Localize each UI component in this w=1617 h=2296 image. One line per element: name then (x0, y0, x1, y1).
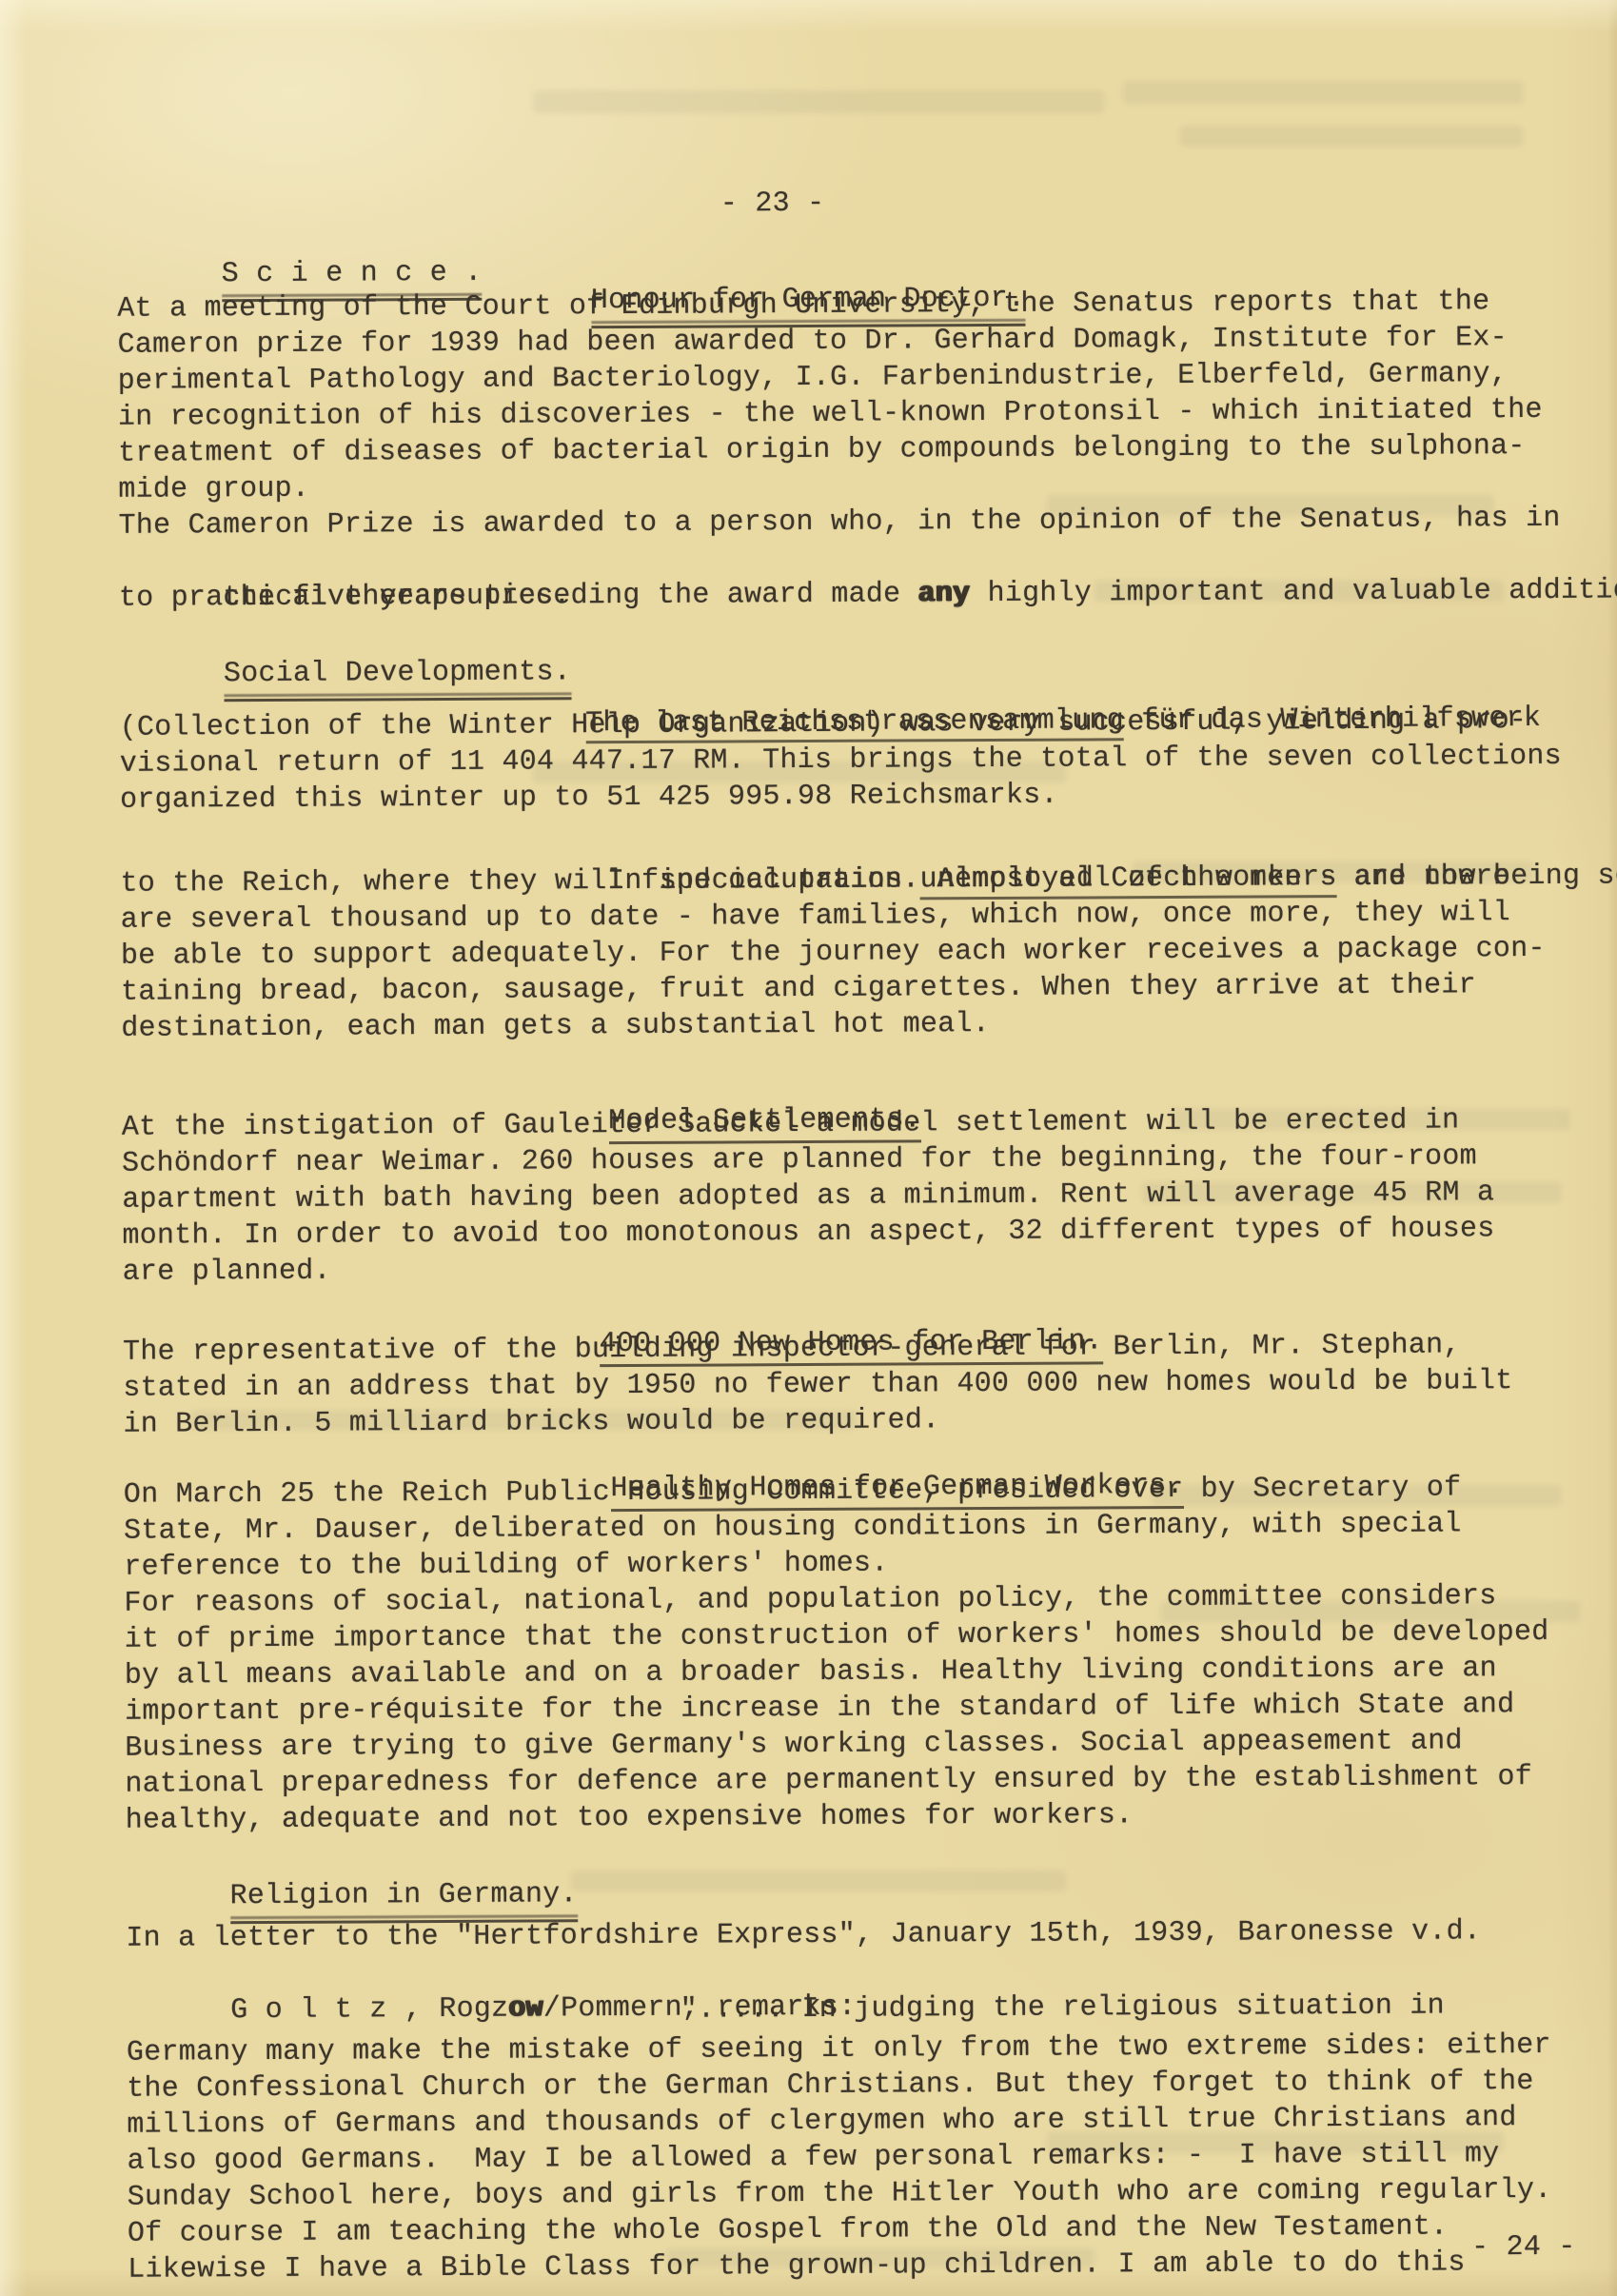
text-line: stated in an address that by 1950 no few… (123, 1363, 1512, 1407)
paragraph-czech-workers: to the Reich, where they will find occup… (120, 859, 1546, 1047)
text-line: month. In order to avoid too monotonous … (122, 1211, 1494, 1255)
paragraph-religion-quote: Germany many make the mistake of seeing … (127, 2028, 1552, 2288)
text-line: organized this winter up to 51 425 995.9… (120, 775, 1562, 819)
text-line: treatment of diseases of bacterial origi… (118, 428, 1560, 472)
overstruck-word: any (918, 578, 971, 610)
paragraph-model-settlements: At the instigation of Gauleiter Sauckel … (122, 1102, 1495, 1291)
text-line: are planned. (123, 1247, 1495, 1291)
paragraph-healthy-homes-body: For reasons of social, national, and pop… (124, 1578, 1549, 1839)
typed-text-layer: - 23 - S c i e n c e . Honour for German… (0, 0, 1617, 2296)
text-line: visional return of 11 404 447.17 RM. Thi… (120, 739, 1562, 782)
text-segment: highly important and valuable addition (970, 574, 1617, 610)
text-line: taining bread, bacon, sausage, fruit and… (121, 967, 1546, 1011)
text-segment: G o l t z , Rogz (230, 1993, 508, 2028)
text-line: healthy, adequate and not too expensive … (126, 1795, 1550, 1839)
paragraph-honour: At a meeting of the Court of Edinburgh U… (117, 284, 1560, 544)
document-page: - 23 - S c i e n c e . Honour for German… (0, 0, 1617, 2296)
overstruck-word: ow (508, 1992, 543, 2025)
text-line: destination, each man gets a substantial… (121, 1003, 1546, 1047)
paragraph-berlin-homes: The representative of the building inspe… (123, 1327, 1513, 1443)
section-heading-religion-text: Religion in Germany. (230, 1876, 578, 1924)
text-line: State, Mr. Dauser, deliberated on housin… (124, 1506, 1462, 1549)
paragraph-honour-line9: to practical therapeutics. (119, 578, 571, 616)
page-number-bottom: - 24 - (1471, 2229, 1576, 2266)
paragraph-healthy-homes-intro: On March 25 the Reich Public Housing Com… (124, 1470, 1462, 1585)
text-line: national preparedness for defence are pe… (125, 1759, 1549, 1803)
page-number-top: - 23 - (720, 186, 825, 223)
text-line: Likewise I have a Bible Class for the gr… (128, 2245, 1552, 2288)
paragraph-winter-help: (Collection of the Winter Help Organizat… (120, 703, 1563, 819)
religion-quote-first-line: "..... In judging the religious situatio… (680, 1989, 1445, 2029)
religion-intro-line1: In a letter to the "Hertfordshire Expres… (126, 1913, 1481, 1956)
